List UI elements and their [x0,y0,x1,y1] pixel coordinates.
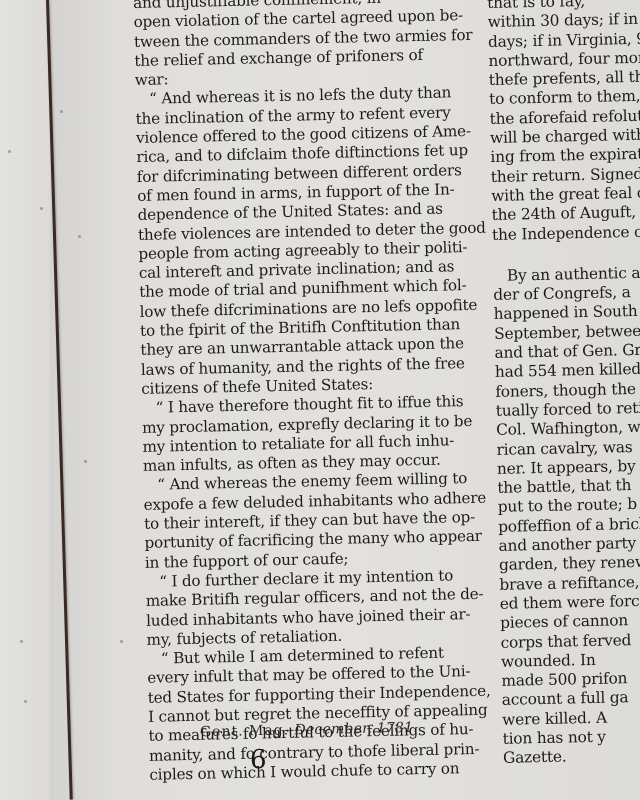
text-line: happened in South [494,302,640,325]
paper-speck [78,235,81,238]
text-line: within 30 days; if in N [487,10,640,33]
paragraph-gap [492,241,640,267]
page-signature-mark: 6 [250,745,267,775]
text-line: corps that ferved [500,630,640,653]
text-line: ing from the expiration [490,145,640,168]
paper-speck [40,207,43,210]
paper-speck [20,640,23,643]
text-line: pieces of cannon [500,611,640,634]
text-line: put to the route; b [498,495,640,518]
text-line: the Independence of A [492,222,640,245]
text-line: had 554 men killed, [495,360,640,383]
citation-prefix: Gent. Mag. [200,722,289,740]
text-line: garden, they renew [499,553,640,576]
text-line: the 24th of Auguft, 1 [491,203,640,226]
paper-speck [120,640,123,643]
right-text-column: that is to fay, within 30 days; if in N … [487,0,640,768]
text-line: account a full ga [502,688,640,711]
text-line: Col. Wafhington, w [496,418,640,441]
text-line: rican cavalry, was [496,437,640,460]
left-text-column: and unjustifiable confinement, in open v… [133,0,504,785]
paper-speck [8,150,11,153]
citation-date: December, 1781. [294,720,418,739]
text-line: Gazette. [503,746,640,769]
paper-speck [84,460,87,463]
paper-speck [24,700,27,703]
paper-speck [60,110,63,113]
